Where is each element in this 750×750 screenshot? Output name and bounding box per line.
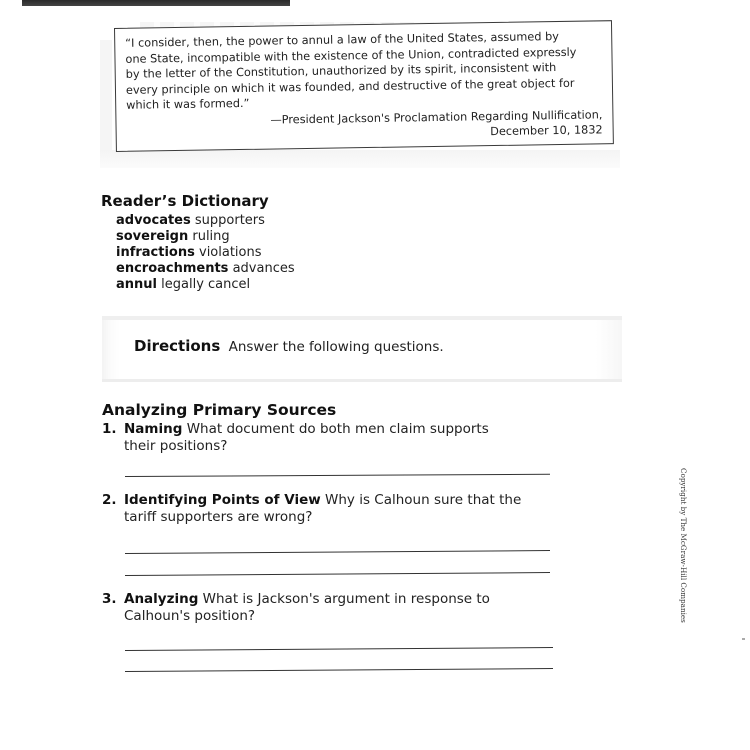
scan-shadow bbox=[100, 150, 620, 168]
question-keyword: Analyzing bbox=[124, 591, 198, 607]
attribution-date: December 10, 1832 bbox=[490, 123, 603, 138]
dictionary-definition: advances bbox=[233, 261, 295, 276]
directions-text: Answer the following questions. bbox=[229, 339, 444, 355]
dictionary-term: sovereign bbox=[116, 229, 188, 244]
answer-line[interactable] bbox=[125, 572, 550, 576]
question-2: 2.Identifying Points of View Why is Calh… bbox=[102, 492, 542, 526]
question-text-continued: their positions? bbox=[102, 438, 542, 455]
scan-shadow bbox=[100, 40, 112, 160]
answer-line[interactable] bbox=[125, 550, 550, 554]
answer-line[interactable] bbox=[125, 647, 553, 651]
dictionary-term: encroachments bbox=[116, 261, 228, 276]
page-edge-shadow bbox=[22, 0, 290, 6]
quote-line: which it was formed.” bbox=[126, 97, 249, 112]
answer-line[interactable] bbox=[125, 474, 550, 477]
quote-text: “I consider, then, the power to annul a … bbox=[125, 28, 602, 113]
dictionary-entry: sovereign ruling bbox=[116, 229, 295, 245]
quote-box: “I consider, then, the power to annul a … bbox=[114, 20, 614, 152]
question-text: Why is Calhoun sure that the bbox=[325, 492, 521, 508]
question-text: What is Jackson's argument in response t… bbox=[203, 591, 490, 607]
copyright-text: Copyright by The McGraw-Hill Companies bbox=[679, 468, 688, 623]
dictionary-term: advocates bbox=[116, 213, 191, 228]
section-title: Analyzing Primary Sources bbox=[102, 401, 336, 419]
question-1: 1.Naming What document do both men claim… bbox=[102, 421, 542, 455]
directions: Directions Answer the following question… bbox=[134, 337, 444, 355]
copyright-notice: Copyright by The McGraw-Hill Companies bbox=[679, 468, 689, 628]
answer-line[interactable] bbox=[125, 668, 553, 672]
question-keyword: Naming bbox=[124, 421, 182, 437]
readers-dictionary-title: Reader’s Dictionary bbox=[101, 192, 269, 210]
question-text-continued: Calhoun's position? bbox=[102, 608, 542, 625]
dictionary-entry: infractions violations bbox=[116, 245, 295, 261]
dictionary-definition: legally cancel bbox=[161, 277, 250, 292]
dictionary-definition: violations bbox=[199, 245, 262, 260]
question-3: 3.Analyzing What is Jackson's argument i… bbox=[102, 591, 542, 625]
question-number: 2. bbox=[102, 492, 124, 509]
question-text-continued: tariff supporters are wrong? bbox=[102, 509, 542, 526]
quote-attribution: —President Jackson's Proclamation Regard… bbox=[126, 107, 602, 144]
scan-speck bbox=[742, 638, 745, 640]
readers-dictionary-list: advocates supporters sovereign ruling in… bbox=[116, 213, 295, 293]
question-number: 3. bbox=[102, 591, 124, 608]
dictionary-term: annul bbox=[116, 277, 157, 292]
question-keyword: Identifying Points of View bbox=[124, 492, 321, 508]
dictionary-entry: encroachments advances bbox=[116, 261, 295, 277]
question-text: What document do both men claim supports bbox=[187, 421, 489, 437]
dictionary-entry: annul legally cancel bbox=[116, 277, 295, 293]
dictionary-entry: advocates supporters bbox=[116, 213, 295, 229]
question-number: 1. bbox=[102, 421, 124, 438]
dictionary-definition: supporters bbox=[195, 213, 265, 228]
dictionary-definition: ruling bbox=[192, 229, 229, 244]
directions-label: Directions bbox=[134, 337, 220, 355]
dictionary-term: infractions bbox=[116, 245, 195, 260]
